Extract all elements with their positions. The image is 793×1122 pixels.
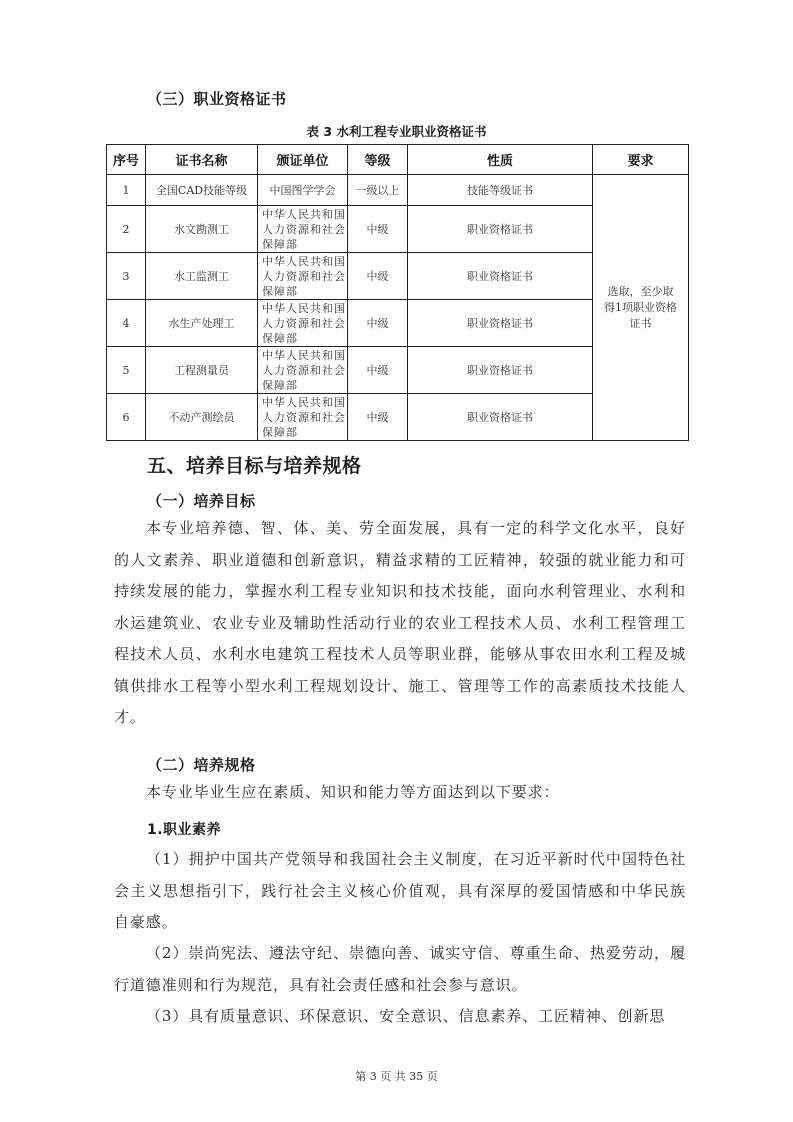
cell-level: 中级 <box>348 300 408 347</box>
cell-name: 水生产处理工 <box>146 300 258 347</box>
cell-issuer: 中华人民共和国人力资源和社会保障部 <box>258 300 348 347</box>
cell-issuer: 中华人民共和国人力资源和社会保障部 <box>258 206 348 253</box>
cell-name: 全国CAD技能等级 <box>146 175 258 206</box>
cell-no: 4 <box>107 300 146 347</box>
cell-level: 一级以上 <box>348 175 408 206</box>
section-heading-goals-specs: 五、培养目标与培养规格 <box>147 451 362 478</box>
table-caption: 表 3 水利工程专业职业资格证书 <box>0 122 793 140</box>
header-level: 等级 <box>348 145 408 175</box>
quality-item-2: （2）崇尚宪法、遵法守纪、崇德向善、诚实守信、尊重生命、热爱劳动，履行道德准则和… <box>114 938 686 1001</box>
cell-level: 中级 <box>348 253 408 300</box>
cell-name: 工程测量员 <box>146 347 258 394</box>
header-no: 序号 <box>107 145 146 175</box>
cell-no: 2 <box>107 206 146 253</box>
cell-type: 技能等级证书 <box>408 175 593 206</box>
cell-issuer: 中华人民共和国人力资源和社会保障部 <box>258 394 348 441</box>
cell-type: 职业资格证书 <box>408 253 593 300</box>
goal-paragraph: 本专业培养德、智、体、美、劳全面发展，具有一定的科学文化水平，良好的人文素养、职… <box>114 513 686 734</box>
cell-issuer: 中华人民共和国人力资源和社会保障部 <box>258 253 348 300</box>
section-heading-certificates: （三）职业资格证书 <box>147 88 287 109</box>
cell-no: 6 <box>107 394 146 441</box>
cell-type: 职业资格证书 <box>408 300 593 347</box>
cell-name: 水文勘测工 <box>146 206 258 253</box>
cell-level: 中级 <box>348 394 408 441</box>
header-issuer: 颁证单位 <box>258 145 348 175</box>
quality-item-1: （1）拥护中国共产党领导和我国社会主义制度，在习近平新时代中国特色社会主义思想指… <box>114 844 686 939</box>
cell-requirement: 选取，至少取 得1项职业资格 证书 <box>593 175 689 441</box>
table-row: 1 全国CAD技能等级 中国图学学会 一级以上 技能等级证书 选取，至少取 得1… <box>107 175 689 206</box>
header-requirement: 要求 <box>593 145 689 175</box>
cell-type: 职业资格证书 <box>408 206 593 253</box>
cell-name: 水工监测工 <box>146 253 258 300</box>
subheading-professional-quality: 1.职业素养 <box>147 819 221 839</box>
subheading-specs: （二）培养规格 <box>147 754 256 775</box>
cell-no: 1 <box>107 175 146 206</box>
cell-level: 中级 <box>348 206 408 253</box>
quality-item-3: （3）具有质量意识、环保意识、安全意识、信息素养、工匠精神、创新思 <box>114 1001 686 1033</box>
header-type: 性质 <box>408 145 593 175</box>
subheading-goals: （一）培养目标 <box>147 490 256 511</box>
cell-type: 职业资格证书 <box>408 394 593 441</box>
header-name: 证书名称 <box>146 145 258 175</box>
certificate-table: 序号 证书名称 颁证单位 等级 性质 要求 1 全国CAD技能等级 中国图学学会… <box>106 144 689 441</box>
cell-level: 中级 <box>348 347 408 394</box>
spec-intro: 本专业毕业生应在素质、知识和能力等方面达到以下要求： <box>114 777 686 809</box>
cell-issuer: 中华人民共和国人力资源和社会保障部 <box>258 347 348 394</box>
cell-type: 职业资格证书 <box>408 347 593 394</box>
cell-no: 5 <box>107 347 146 394</box>
table-header-row: 序号 证书名称 颁证单位 等级 性质 要求 <box>107 145 689 175</box>
cell-no: 3 <box>107 253 146 300</box>
page-footer: 第 3 页 共 35 页 <box>0 1068 793 1084</box>
cell-issuer: 中国图学学会 <box>258 175 348 206</box>
cell-name: 不动产测绘员 <box>146 394 258 441</box>
